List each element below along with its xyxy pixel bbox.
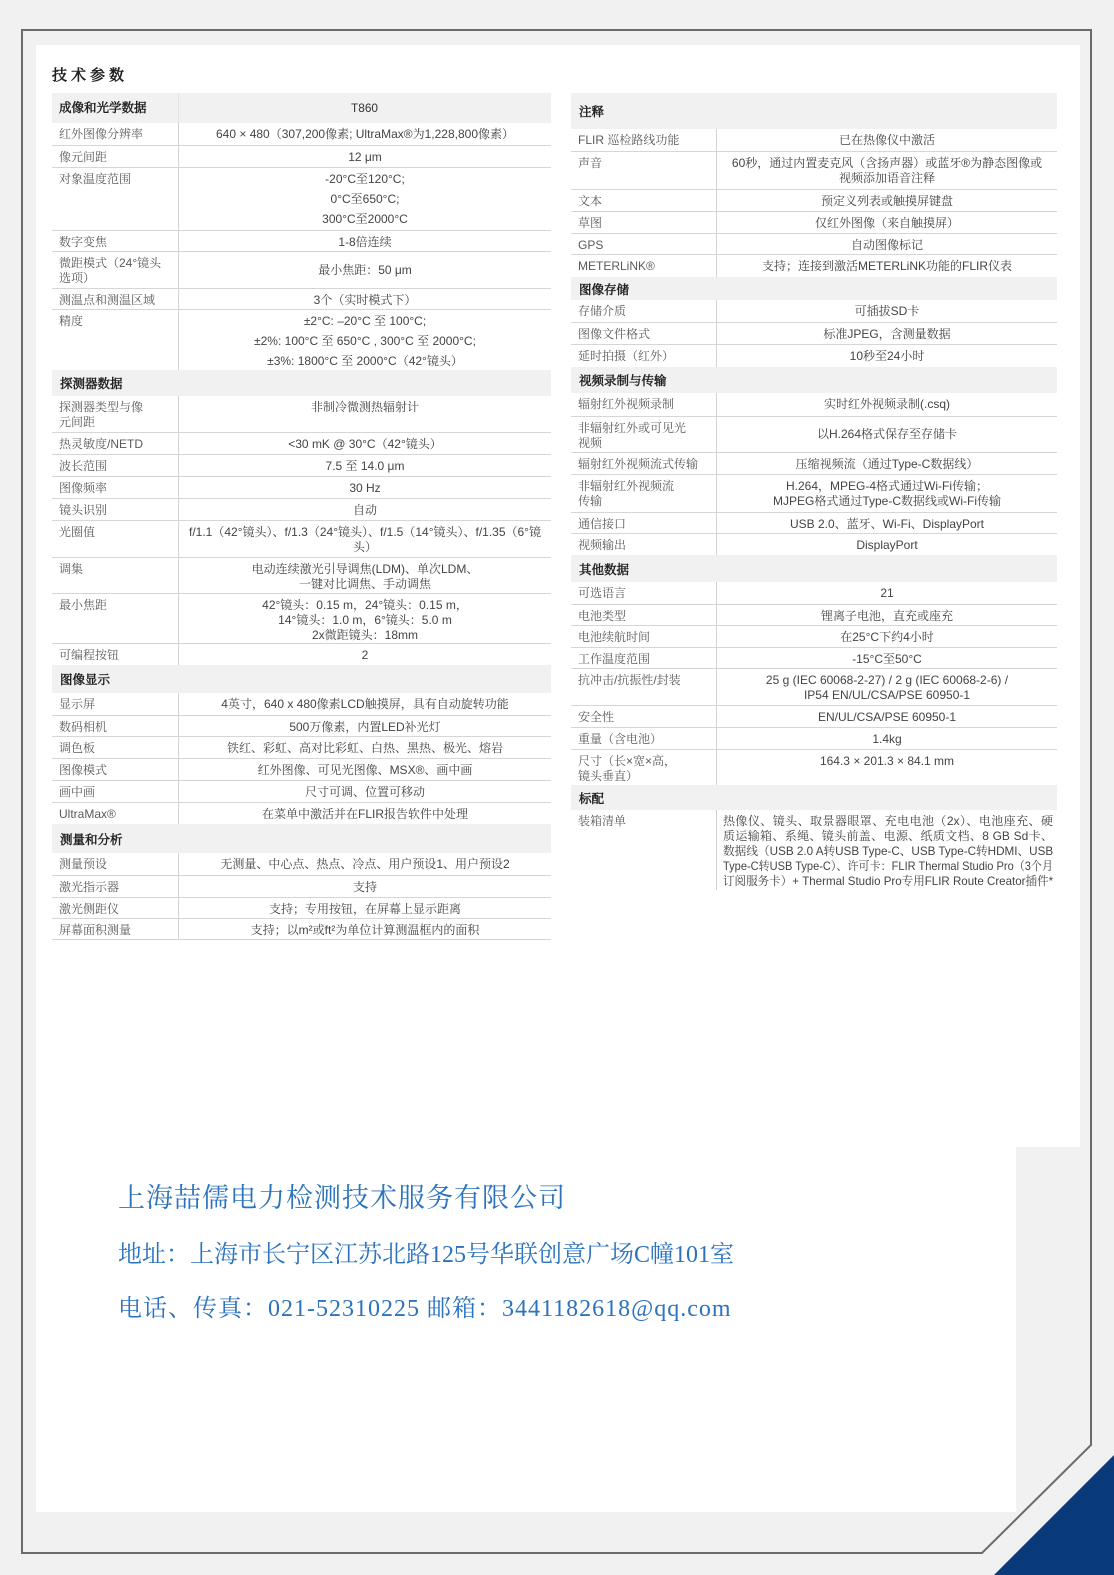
text-line: 调色板 — [59, 741, 173, 756]
spec-value: 在菜单中激活并在FLIR报告软件中处理 — [179, 803, 551, 824]
spec-value: 2 — [179, 644, 551, 665]
text-line: 一键对比调焦、手动调焦 — [184, 577, 546, 592]
spec-row: 波长范围7.5 至 14.0 μm — [52, 454, 551, 476]
value-text: 头） — [353, 540, 377, 554]
spec-row: METERLiNK®支持；连接到激活METERLiNK功能的FLIR仪表 — [571, 254, 1057, 277]
label-text: 辐射红外视频流式传输 — [578, 457, 698, 471]
spec-row: 数字变焦1-8倍连续 — [52, 230, 551, 251]
value-text: Type-C转USB Type-C）、许可卡：FLIR Thermal Stud… — [723, 859, 1053, 874]
spec-value: 7.5 至 14.0 μm — [179, 455, 551, 476]
value-text: 无测量、中心点、热点、冷点、用户预设1、用户预设2 — [220, 857, 509, 871]
text-line: 1-8倍连续 — [184, 235, 546, 250]
spec-row: 红外图像分辨率640 × 480（307,200像素; UltraMax®为1,… — [52, 123, 551, 145]
spec-row: 最小焦距42°镜头：0.15 m，24°镜头：0.15 m，14°镜头：1.0 … — [52, 593, 551, 643]
spec-row: GPS自动图像标记 — [571, 233, 1057, 254]
label-text: 辐射红外视频录制 — [578, 397, 674, 411]
value-text: 一键对比调焦、手动调焦 — [299, 577, 431, 591]
value-text: 最小焦距：50 μm — [318, 263, 412, 277]
spec-label: 热灵敏度/NETD — [52, 433, 179, 454]
text-line: 640 × 480（307,200像素; UltraMax®为1,228,800… — [184, 127, 546, 142]
text-line: -15°C至50°C — [722, 652, 1052, 667]
text-line: 自动 — [184, 503, 546, 518]
spec-value: 12 μm — [179, 146, 551, 167]
spec-value: 42°镜头：0.15 m，24°镜头：0.15 m，14°镜头：1.0 m，6°… — [179, 594, 551, 643]
spec-label: 测温点和测温区域 — [52, 289, 179, 309]
text-line: 辐射红外视频录制 — [578, 397, 711, 412]
value-text: 仅红外图像（来自触摸屏） — [815, 216, 959, 230]
text-line: 选项） — [59, 271, 173, 286]
spec-row: UltraMax®在菜单中激活并在FLIR报告软件中处理 — [52, 802, 551, 824]
label-text: 传输 — [578, 494, 602, 508]
text-line: 图像频率 — [59, 481, 173, 496]
spec-row: 电池类型锂离子电池，直充或座充 — [571, 604, 1057, 625]
value-text: 14°镜头：1.0 m，6°镜头：5.0 m — [278, 613, 452, 627]
value-text: H.264，MPEG-4格式通过Wi-Fi传输； — [786, 479, 988, 493]
spec-row: 文本预定义列表或触摸屏键盘 — [571, 189, 1057, 211]
text-line: 2 — [184, 648, 546, 663]
spec-row: 调集电动连续激光引导调焦(LDM)、单次LDM、一键对比调焦、手动调焦 — [52, 557, 551, 593]
text-line: 500万像素，内置LED补光灯 — [184, 720, 546, 735]
label-text: 草图 — [578, 216, 602, 230]
text-line: 调集 — [59, 562, 173, 577]
spec-row: 非辐射红外视频流传输H.264，MPEG-4格式通过Wi-Fi传输；MJPEG格… — [571, 474, 1057, 512]
text-line: 电动连续激光引导调焦(LDM)、单次LDM、 — [184, 562, 546, 577]
spec-label: 画中画 — [52, 781, 179, 802]
spec-label: 可选语言 — [571, 582, 717, 604]
spec-row: FLIR 巡检路线功能已在热像仪中激活 — [571, 129, 1057, 151]
spec-label: 图像文件格式 — [571, 323, 717, 344]
text-line: 文本 — [578, 194, 711, 209]
value-text: 4英寸，640 x 480像素LCD触摸屏，具有自动旋转功能 — [221, 697, 508, 711]
value-text: 500万像素，内置LED补光灯 — [289, 720, 440, 734]
section-title: 探测器数据 — [52, 374, 123, 392]
text-line: UltraMax® — [59, 807, 173, 822]
label-text: GPS — [578, 238, 603, 252]
label-text: 工作温度范围 — [578, 652, 650, 666]
text-line: 尺寸可调、位置可移动 — [184, 785, 546, 800]
text-line: 镜头垂直） — [578, 769, 711, 784]
text-line: MJPEG格式通过Type-C数据线或Wi-Fi传输 — [722, 494, 1052, 509]
label-text: 镜头垂直） — [578, 769, 638, 783]
spec-value: 仅红外图像（来自触摸屏） — [717, 212, 1057, 233]
text-line: 热像仪、镜头、取景器眼罩、充电电池（2x）、电池座充、硬 — [723, 814, 1053, 829]
text-line: 视频 — [578, 436, 711, 451]
spec-row: 屏幕面积测量支持；以m²或ft²为单位计算测温框内的面积 — [52, 918, 551, 940]
value-text: 1-8倍连续 — [338, 235, 391, 249]
value-text: 数据线（USB 2.0 A转USB Type-C、USB Type-C转HDMI… — [723, 844, 1053, 859]
spec-value: 标准JPEG，含测量数据 — [717, 323, 1057, 344]
value-text: 30 Hz — [349, 481, 380, 495]
text-line: 在菜单中激活并在FLIR报告软件中处理 — [184, 807, 546, 822]
spec-value: 3个（实时模式下） — [179, 289, 551, 309]
label-text: 电池续航时间 — [578, 630, 650, 644]
spec-label: 电池类型 — [571, 605, 717, 625]
text-line: 订阅服务卡）+ Thermal Studio Pro专用FLIR Route C… — [723, 874, 1053, 889]
spec-label: 像元间距 — [52, 146, 179, 167]
text-line: T860 — [351, 101, 378, 116]
spec-value: 支持；连接到激活METERLiNK功能的FLIR仪表 — [717, 255, 1057, 277]
spec-value: 4英寸，640 x 480像素LCD触摸屏，具有自动旋转功能 — [179, 693, 551, 715]
value-text: 3个（实时模式下） — [314, 293, 417, 307]
text-line: 装箱清单 — [578, 814, 711, 829]
spec-row: 工作温度范围-15°C至50°C — [571, 647, 1057, 668]
label-text: 镜头识别 — [59, 503, 107, 517]
value-text: 2x微距镜头：18mm — [312, 628, 418, 642]
label-text: 画中画 — [59, 785, 95, 799]
label-text: 精度 — [59, 314, 83, 328]
text-line: 非辐射红外视频流 — [578, 479, 711, 494]
text-line: 支持；以m²或ft²为单位计算测温框内的面积 — [184, 923, 546, 938]
spec-label: 激光侧距仪 — [52, 898, 179, 918]
label-text: 可选语言 — [578, 586, 626, 600]
section-header: 图像存储 — [571, 277, 1057, 300]
section-title: 图像存储 — [571, 280, 629, 298]
value-text: 红外图像、可见光图像、MSX®、画中画 — [258, 763, 473, 777]
value-text: 自动 — [353, 503, 377, 517]
section-title: 注释 — [571, 102, 604, 120]
text-line: 重量（含电池） — [578, 732, 711, 747]
label-text: 屏幕面积测量 — [59, 923, 131, 937]
value-text: 锂离子电池，直充或座充 — [821, 609, 953, 623]
value-text: 预定义列表或触摸屏键盘 — [821, 194, 953, 208]
value-text: 支持；连接到激活METERLiNK功能的FLIR仪表 — [762, 259, 1012, 273]
text-line: 非辐射红外或可见光 — [578, 421, 711, 436]
section-header: 探测器数据 — [52, 370, 551, 396]
value-text: 10秒至24小时 — [850, 349, 925, 363]
spec-row: 显示屏4英寸，640 x 480像素LCD触摸屏，具有自动旋转功能 — [52, 693, 551, 715]
spec-value: 自动 — [179, 499, 551, 520]
spec-value: 60秒，通过内置麦克风（含扬声器）或蓝牙®为静态图像或视频添加语音注释 — [717, 152, 1057, 189]
spec-row: 数码相机500万像素，内置LED补光灯 — [52, 715, 551, 736]
spec-label: 非辐射红外或可见光视频 — [571, 417, 717, 452]
label-text: UltraMax® — [59, 807, 116, 821]
spec-value: 500万像素，内置LED补光灯 — [179, 716, 551, 736]
spec-row: 存储介质可插拔SD卡 — [571, 300, 1057, 322]
value-text: 实时红外视频录制(.csq) — [824, 397, 950, 411]
value-text: USB 2.0、蓝牙、Wi-Fi、DisplayPort — [790, 517, 984, 531]
spec-table-left: 成像和光学数据T860红外图像分辨率640 × 480（307,200像素; U… — [52, 93, 551, 940]
value-text: 标准JPEG，含测量数据 — [823, 327, 950, 341]
spec-row: 草图仅红外图像（来自触摸屏） — [571, 211, 1057, 233]
company-name: 上海喆儒电力检测技术服务有限公司 — [118, 1176, 566, 1215]
value-text: 以H.264格式保存至存储卡 — [817, 427, 957, 441]
page-title: 技术参数 — [52, 64, 128, 85]
text-line: 0°C至650°C; — [184, 189, 546, 209]
spec-row: 可编程按钮2 — [52, 643, 551, 665]
text-line: 安全性 — [578, 710, 711, 725]
spec-label: 激光指示器 — [52, 876, 179, 897]
text-line: 实时红外视频录制(.csq) — [722, 397, 1052, 412]
text-line: 电池类型 — [578, 609, 711, 624]
section-header: 测量和分析 — [52, 824, 551, 853]
text-line: 红外图像分辨率 — [59, 127, 173, 142]
spec-value: 自动图像标记 — [717, 234, 1057, 254]
spec-row: 重量（含电池）1.4kg — [571, 727, 1057, 749]
value-text: 已在热像仪中激活 — [839, 133, 935, 147]
label-text: 对象温度范围 — [59, 172, 131, 186]
label-text: 图像文件格式 — [578, 327, 650, 341]
spec-value: 21 — [717, 582, 1057, 604]
spec-row: 装箱清单热像仪、镜头、取景器眼罩、充电电池（2x）、电池座充、硬质运输箱、系绳、… — [571, 810, 1057, 890]
text-line: 21 — [722, 586, 1052, 601]
text-line: 最小焦距 — [59, 598, 173, 613]
spec-label: 通信接口 — [571, 513, 717, 533]
value-text: 电动连续激光引导调焦(LDM)、单次LDM、 — [252, 562, 479, 576]
text-line: 激光侧距仪 — [59, 902, 173, 917]
spec-label: 测量预设 — [52, 853, 179, 875]
company-contact: 电话、传真：021-52310225 邮箱：3441182618@qq.com — [118, 1288, 732, 1323]
text-line: 可插拔SD卡 — [722, 304, 1052, 319]
spec-value: 尺寸可调、位置可移动 — [179, 781, 551, 802]
value-text: 热像仪、镜头、取景器眼罩、充电电池（2x）、电池座充、硬 — [723, 814, 1053, 828]
spec-value: ±2°C: –20°C 至 100°C;±2%: 100°C 至 650°C ,… — [179, 310, 551, 370]
spec-label: 对象温度范围 — [52, 168, 179, 230]
text-line: 测量预设 — [59, 857, 173, 872]
section-title: 其他数据 — [571, 560, 629, 578]
text-line: H.264，MPEG-4格式通过Wi-Fi传输； — [722, 479, 1052, 494]
value-text: 42°镜头：0.15 m，24°镜头：0.15 m， — [262, 598, 468, 612]
label-text: 重量（含电池） — [578, 732, 662, 746]
text-line: 12 μm — [184, 150, 546, 165]
text-line: 60秒，通过内置麦克风（含扬声器）或蓝牙®为静态图像或 — [722, 156, 1052, 171]
spec-row: 非辐射红外或可见光视频以H.264格式保存至存储卡 — [571, 416, 1057, 452]
label-text: 微距模式（24°镜头 — [59, 256, 161, 270]
text-line: GPS — [578, 238, 711, 253]
spec-label: 草图 — [571, 212, 717, 233]
label-text: 文本 — [578, 194, 602, 208]
spec-row: 声音60秒，通过内置麦克风（含扬声器）或蓝牙®为静态图像或视频添加语音注释 — [571, 151, 1057, 189]
value-text: 25 g (IEC 60068-2-27) / 2 g (IEC 60068-2… — [766, 673, 1008, 687]
text-line: 屏幕面积测量 — [59, 923, 173, 938]
label-text: 抗冲击/抗振性/封装 — [578, 673, 681, 687]
value-text: 可插拔SD卡 — [855, 304, 920, 318]
label-text: 像元间距 — [59, 150, 107, 164]
text-line: DisplayPort — [722, 538, 1052, 553]
spec-row: 电池续航时间在25°C下约4小时 — [571, 625, 1057, 647]
spec-value: 164.3 × 201.3 × 84.1 mm — [717, 750, 1057, 785]
spec-row: 延时拍摄（红外）10秒至24小时 — [571, 344, 1057, 367]
spec-label: 图像频率 — [52, 477, 179, 498]
text-line: 42°镜头：0.15 m，24°镜头：0.15 m， — [184, 598, 546, 613]
section-title: 图像显示 — [52, 670, 110, 688]
spec-label: 精度 — [52, 310, 179, 370]
text-line: USB 2.0、蓝牙、Wi-Fi、DisplayPort — [722, 517, 1052, 532]
text-line: 以H.264格式保存至存储卡 — [722, 427, 1052, 442]
text-line: 10秒至24小时 — [722, 349, 1052, 364]
value-text: 0°C至650°C; — [331, 192, 400, 206]
value-text: 1.4kg — [872, 732, 901, 746]
label-text: 成像和光学数据 — [59, 101, 147, 115]
spec-label: UltraMax® — [52, 803, 179, 824]
spec-row: 热灵敏度/NETD<30 mK @ 30°C（42°镜头） — [52, 432, 551, 454]
text-line: EN/UL/CSA/PSE 60950-1 — [722, 710, 1052, 725]
spec-row: 图像文件格式标准JPEG，含测量数据 — [571, 322, 1057, 344]
spec-row: 尺寸（长×宽×高，镜头垂直）164.3 × 201.3 × 84.1 mm — [571, 749, 1057, 785]
text-line: 显示屏 — [59, 697, 173, 712]
spec-value: 无测量、中心点、热点、冷点、用户预设1、用户预设2 — [179, 853, 551, 875]
spec-label: 数码相机 — [52, 716, 179, 736]
text-line: 标准JPEG，含测量数据 — [722, 327, 1052, 342]
spec-value: 可插拔SD卡 — [717, 300, 1057, 322]
label-text: 显示屏 — [59, 697, 95, 711]
value-text: 60秒，通过内置麦克风（含扬声器）或蓝牙®为静态图像或 — [732, 156, 1042, 170]
label-text: 最小焦距 — [59, 598, 107, 612]
label-text: 调集 — [59, 562, 83, 576]
text-line: 镜头识别 — [59, 503, 173, 518]
text-line: 头） — [184, 540, 546, 555]
label-text: 图像频率 — [59, 481, 107, 495]
spec-value: <30 mK @ 30°C（42°镜头） — [179, 433, 551, 454]
text-line: IP54 EN/UL/CSA/PSE 60950-1 — [722, 688, 1052, 703]
model-name: T860 — [179, 93, 551, 123]
text-line: 数据线（USB 2.0 A转USB Type-C、USB Type-C转HDMI… — [723, 844, 1053, 859]
text-line: 支持；专用按钮，在屏幕上显示距离 — [184, 902, 546, 917]
spec-value: 1.4kg — [717, 728, 1057, 749]
text-line: 尺寸（长×宽×高， — [578, 754, 711, 769]
label-text: 非辐射红外或可见光 — [578, 421, 686, 435]
text-line: FLIR 巡检路线功能 — [578, 133, 711, 148]
text-line: Type-C转USB Type-C）、许可卡：FLIR Thermal Stud… — [723, 859, 1053, 874]
table-header: 成像和光学数据T860 — [52, 93, 551, 123]
spec-value: 在25°C下约4小时 — [717, 626, 1057, 647]
spec-label: 红外图像分辨率 — [52, 123, 179, 145]
spec-label: 可编程按钮 — [52, 644, 179, 665]
value-text: 300°C至2000°C — [322, 212, 408, 226]
spec-label: 调色板 — [52, 737, 179, 758]
spec-value: 压缩视频流（通过Type-C数据线） — [717, 453, 1057, 474]
label-text: 光圈值 — [59, 525, 95, 539]
text-line: 数码相机 — [59, 720, 173, 735]
spec-table-right: 注释FLIR 巡检路线功能已在热像仪中激活声音60秒，通过内置麦克风（含扬声器）… — [571, 93, 1057, 890]
spec-label: 工作温度范围 — [571, 648, 717, 668]
spec-label: 数字变焦 — [52, 231, 179, 251]
value-text: 压缩视频流（通过Type-C数据线） — [796, 457, 979, 471]
header-label: 成像和光学数据 — [52, 93, 179, 123]
label-text: 安全性 — [578, 710, 614, 724]
label-text: 选项） — [59, 271, 95, 285]
value-text: 12 μm — [348, 150, 382, 164]
value-text: DisplayPort — [856, 538, 917, 552]
spec-value: 红外图像、可见光图像、MSX®、画中画 — [179, 759, 551, 780]
label-text: 数字变焦 — [59, 235, 107, 249]
value-text: EN/UL/CSA/PSE 60950-1 — [818, 710, 956, 724]
value-text: 21 — [880, 586, 893, 600]
spec-value: 已在热像仪中激活 — [717, 129, 1057, 151]
spec-row: 安全性EN/UL/CSA/PSE 60950-1 — [571, 705, 1057, 727]
spec-label: 电池续航时间 — [571, 626, 717, 647]
text-line: 25 g (IEC 60068-2-27) / 2 g (IEC 60068-2… — [722, 673, 1052, 688]
label-text: 存储介质 — [578, 304, 626, 318]
spec-row: 精度±2°C: –20°C 至 100°C;±2%: 100°C 至 650°C… — [52, 309, 551, 370]
spec-row: 画中画尺寸可调、位置可移动 — [52, 780, 551, 802]
label-text: 红外图像分辨率 — [59, 127, 143, 141]
value-text: 铁红、彩虹、高对比彩虹、白热、黑热、极光、熔岩 — [227, 741, 503, 755]
section-header: 视频录制与传输 — [571, 367, 1057, 393]
spec-label: GPS — [571, 234, 717, 254]
spec-row: 图像频率30 Hz — [52, 476, 551, 498]
text-line: 30 Hz — [184, 481, 546, 496]
label-text: 非辐射红外视频流 — [578, 479, 674, 493]
value-text: IP54 EN/UL/CSA/PSE 60950-1 — [804, 688, 970, 702]
spec-value: 预定义列表或触摸屏键盘 — [717, 190, 1057, 211]
value-text: MJPEG格式通过Type-C数据线或Wi-Fi传输 — [773, 494, 1001, 508]
text-line: 质运输箱、系绳、镜头前盖、电源、纸质文档、8 GB Sd卡、 — [723, 829, 1053, 844]
value-text: ±3%: 1800°C 至 2000°C（42°镜头） — [267, 354, 463, 368]
spec-value: 铁红、彩虹、高对比彩虹、白热、黑热、极光、熔岩 — [179, 737, 551, 758]
text-line: 可选语言 — [578, 586, 711, 601]
label-text: 装箱清单 — [578, 814, 626, 828]
value-text: 尺寸可调、位置可移动 — [305, 785, 425, 799]
spec-label: 光圈值 — [52, 521, 179, 557]
text-line: 视频添加语音注释 — [722, 171, 1052, 186]
text-line: ±2°C: –20°C 至 100°C; — [184, 311, 546, 331]
label-text: 可编程按钮 — [59, 648, 119, 662]
text-line: 图像文件格式 — [578, 327, 711, 342]
spec-value: 25 g (IEC 60068-2-27) / 2 g (IEC 60068-2… — [717, 669, 1057, 705]
spec-label: 非辐射红外视频流传输 — [571, 475, 717, 512]
text-line: 164.3 × 201.3 × 84.1 mm — [722, 754, 1052, 769]
value-text: 7.5 至 14.0 μm — [326, 459, 405, 473]
spec-label: 探测器类型与像元间距 — [52, 396, 179, 432]
spec-label: 辐射红外视频流式传输 — [571, 453, 717, 474]
label-text: 调色板 — [59, 741, 95, 755]
text-line: 1.4kg — [722, 732, 1052, 747]
label-text: 测量预设 — [59, 857, 107, 871]
spec-row: 抗冲击/抗振性/封装25 g (IEC 60068-2-27) / 2 g (I… — [571, 668, 1057, 705]
spec-value: DisplayPort — [717, 534, 1057, 555]
value-text: 在25°C下约4小时 — [840, 630, 934, 644]
text-line: 波长范围 — [59, 459, 173, 474]
text-line: 测温点和测温区域 — [59, 293, 173, 308]
label-text: 元间距 — [59, 415, 95, 429]
text-line: 辐射红外视频流式传输 — [578, 457, 711, 472]
text-line: 压缩视频流（通过Type-C数据线） — [722, 457, 1052, 472]
spec-label: 视频输出 — [571, 534, 717, 555]
spec-value: 支持；以m²或ft²为单位计算测温框内的面积 — [179, 919, 551, 939]
label-text: 视频输出 — [578, 538, 626, 552]
spec-value: 非制冷微测热辐射计 — [179, 396, 551, 432]
spec-value: 10秒至24小时 — [717, 345, 1057, 367]
spec-value: 热像仪、镜头、取景器眼罩、充电电池（2x）、电池座充、硬质运输箱、系绳、镜头前盖… — [717, 810, 1057, 890]
label-text: FLIR 巡检路线功能 — [578, 133, 679, 147]
value-text: 非制冷微测热辐射计 — [311, 400, 419, 414]
spec-value: 支持；专用按钮，在屏幕上显示距离 — [179, 898, 551, 918]
label-text: 声音 — [578, 156, 602, 170]
spec-row: 可选语言21 — [571, 582, 1057, 604]
text-line: 元间距 — [59, 415, 173, 430]
spec-row: 光圈值f/1.1（42°镜头）、f/1.3（24°镜头）、f/1.5（14°镜头… — [52, 520, 551, 557]
text-line: 预定义列表或触摸屏键盘 — [722, 194, 1052, 209]
value-text: 640 × 480（307,200像素; UltraMax®为1,228,800… — [216, 127, 514, 141]
spec-label: 存储介质 — [571, 300, 717, 322]
spec-label: 波长范围 — [52, 455, 179, 476]
spec-value: 1-8倍连续 — [179, 231, 551, 251]
spec-value: 电动连续激光引导调焦(LDM)、单次LDM、一键对比调焦、手动调焦 — [179, 558, 551, 593]
text-line: 非制冷微测热辐射计 — [184, 400, 546, 415]
section-title: 测量和分析 — [52, 830, 123, 848]
section-header: 标配 — [571, 785, 1057, 810]
text-line: 探测器类型与像 — [59, 400, 173, 415]
spec-row: 辐射红外视频流式传输压缩视频流（通过Type-C数据线） — [571, 452, 1057, 474]
text-line: 最小焦距：50 μm — [184, 263, 546, 278]
text-line: 电池续航时间 — [578, 630, 711, 645]
spec-row: 激光侧距仪支持；专用按钮，在屏幕上显示距离 — [52, 897, 551, 918]
text-line: 画中画 — [59, 785, 173, 800]
label-text: 激光指示器 — [59, 880, 119, 894]
text-line: 支持 — [184, 880, 546, 895]
spec-value: 最小焦距：50 μm — [179, 252, 551, 288]
spec-value: -15°C至50°C — [717, 648, 1057, 668]
